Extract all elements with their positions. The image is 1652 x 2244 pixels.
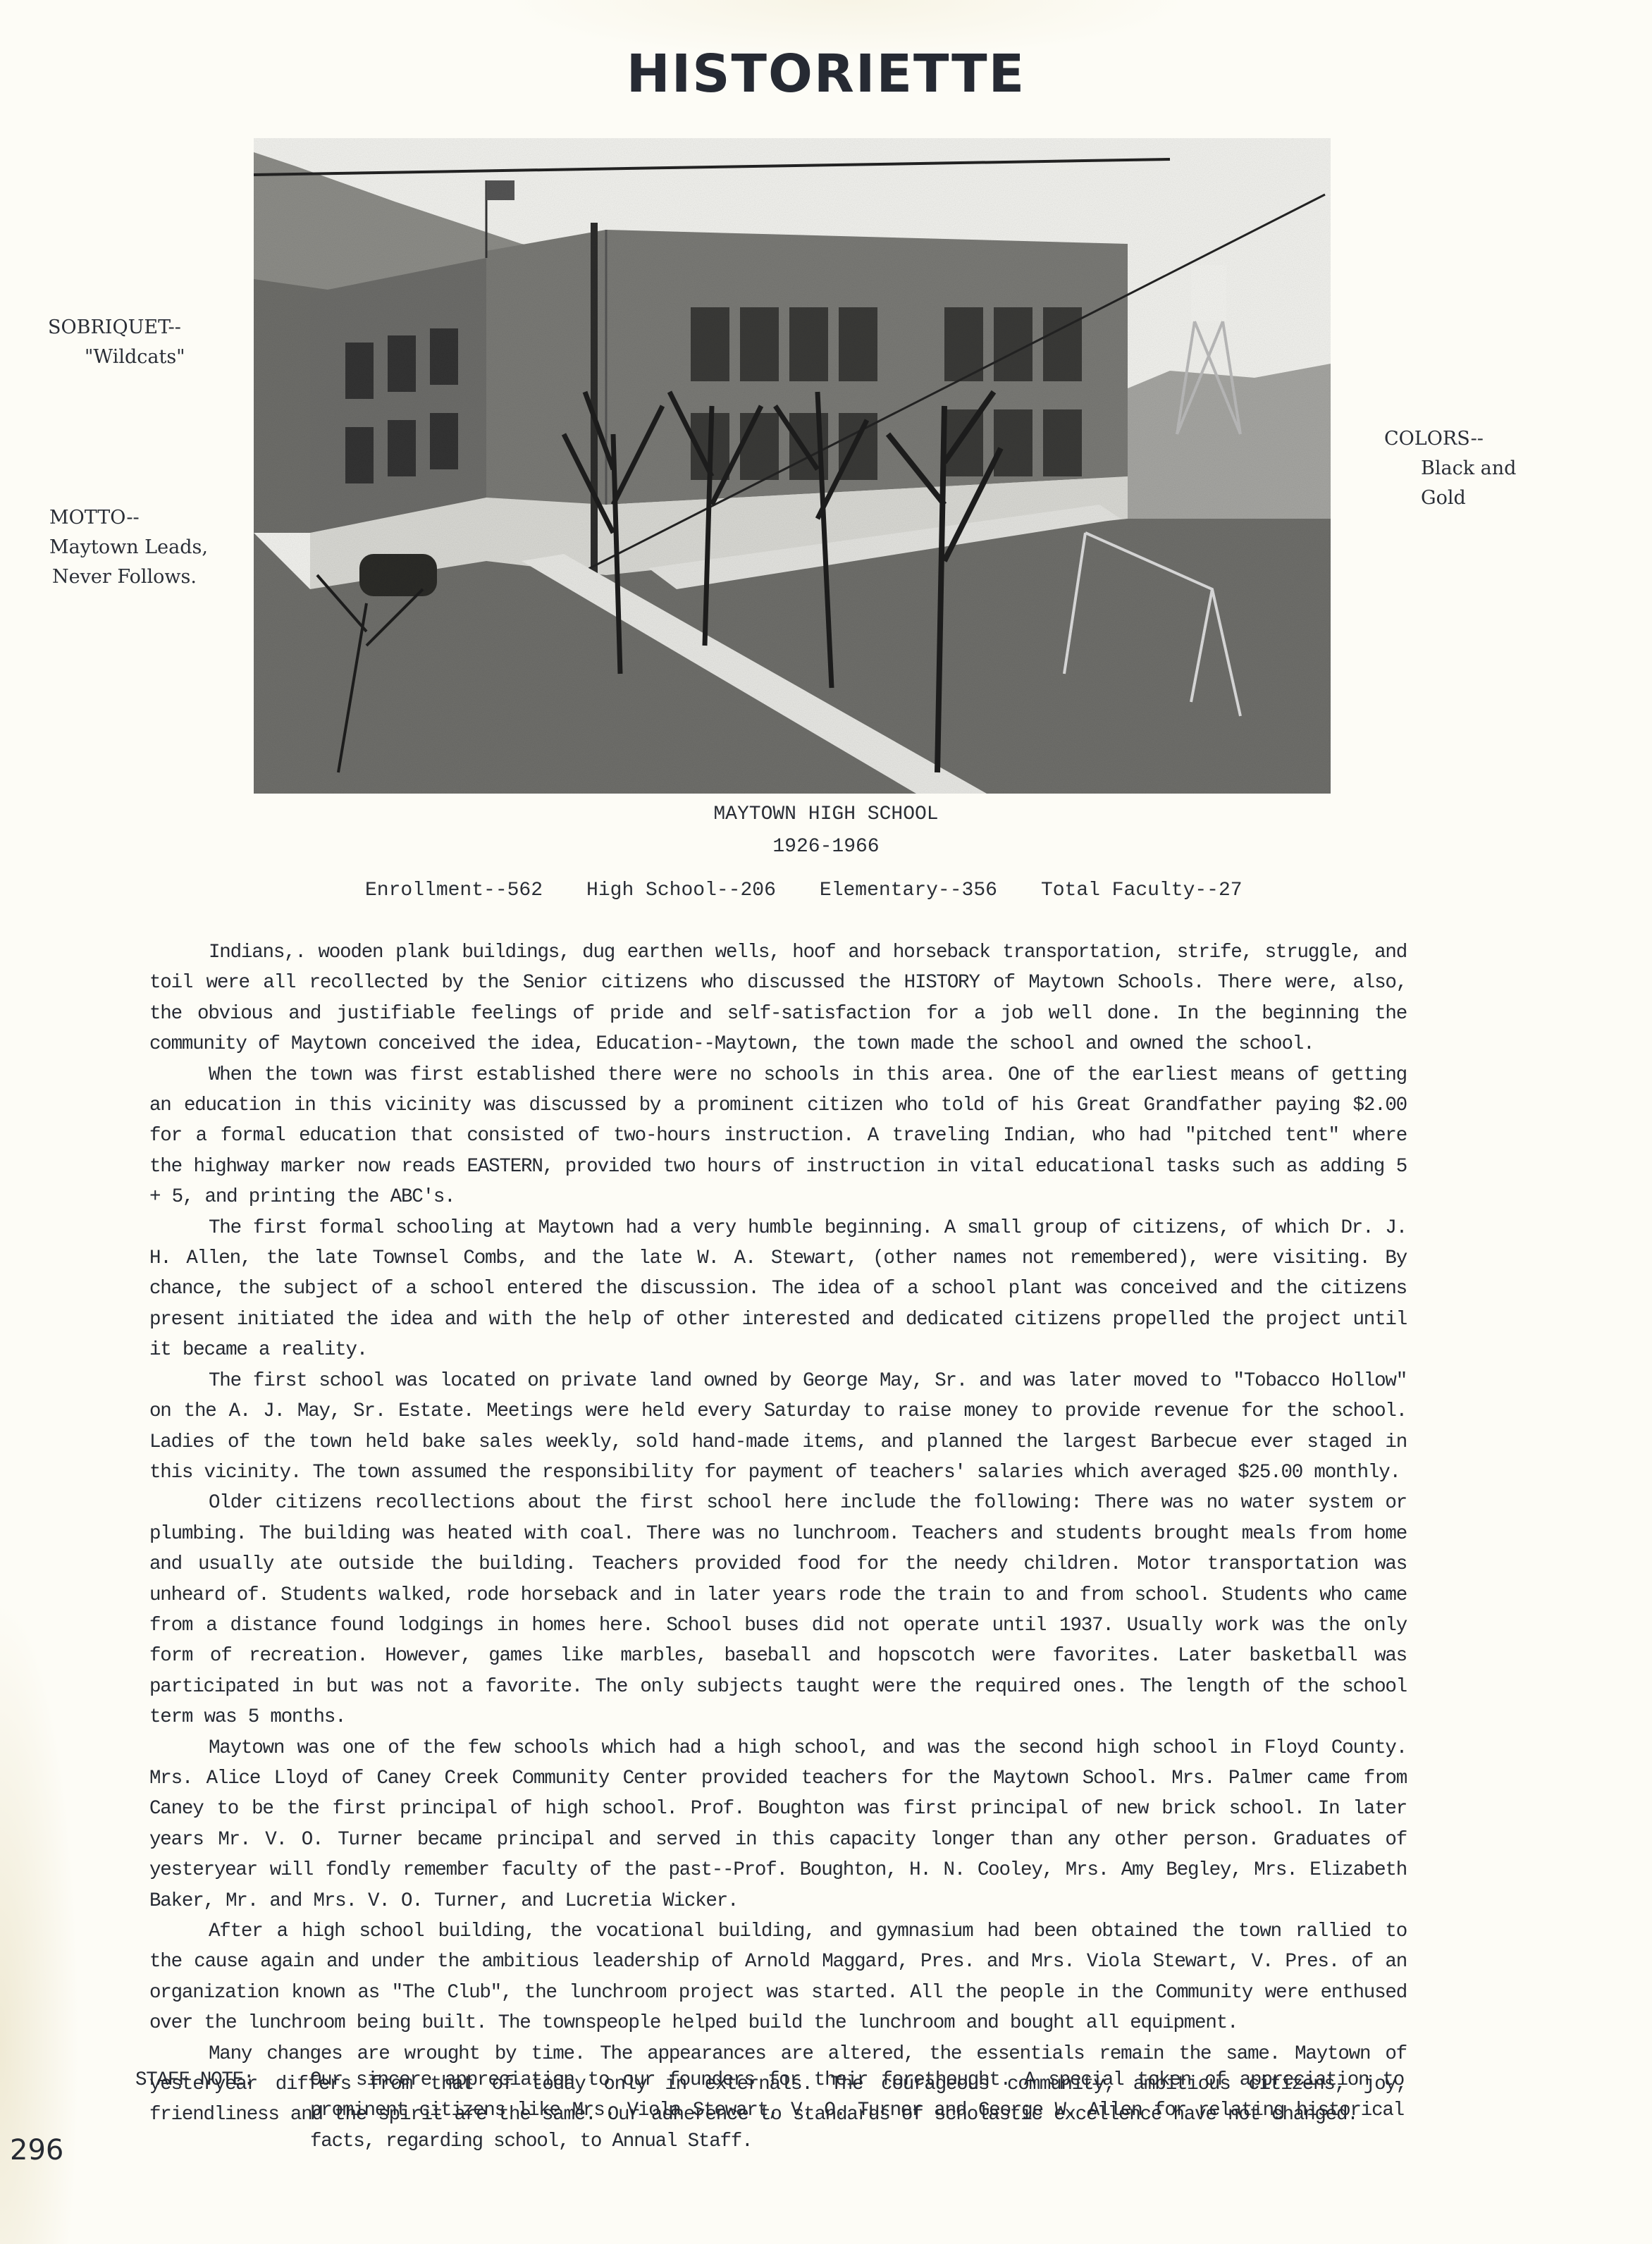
colors-block: COLORS-- Black and Gold: [1384, 424, 1516, 513]
article-paragraph: The first formal schooling at Maytown ha…: [149, 1213, 1407, 1366]
page-number: 296: [10, 2134, 63, 2166]
article-paragraph: Indians,. wooden plank buildings, dug ea…: [149, 937, 1407, 1060]
school-photo-illustration: [254, 138, 1331, 794]
photo-caption-title: MAYTOWN HIGH SCHOOL: [0, 803, 1652, 825]
stat-total-faculty: Total Faculty--27: [1041, 880, 1243, 901]
motto-block: MOTTO-- Maytown Leads, Never Follows.: [49, 503, 208, 592]
staff-note-text: Our sincere appreciation to our founders…: [310, 2065, 1404, 2157]
colors-line: Black and: [1384, 454, 1516, 483]
article-paragraph: The first school was located on private …: [149, 1366, 1407, 1488]
page-title: HISTORIETTE: [0, 44, 1652, 104]
article-paragraph: When the town was first established ther…: [149, 1060, 1407, 1213]
school-stats: Enrollment--562 High School--206 Element…: [365, 880, 1243, 901]
sobriquet-block: SOBRIQUET-- "Wildcats": [48, 313, 185, 372]
sobriquet-label: SOBRIQUET--: [48, 313, 185, 343]
stat-high-school: High School--206: [586, 880, 776, 901]
stat-enrollment: Enrollment--562: [365, 880, 543, 901]
school-building-photo: [254, 138, 1331, 794]
staff-note: STAFF NOTE: Our sincere appreciation to …: [135, 2065, 1404, 2157]
article-paragraph: Older citizens recollections about the f…: [149, 1488, 1407, 1732]
motto-label: MOTTO--: [49, 503, 208, 533]
sobriquet-value: "Wildcats": [48, 343, 185, 372]
article-paragraph: After a high school building, the vocati…: [149, 1916, 1407, 2039]
motto-line: Maytown Leads,: [49, 533, 208, 562]
colors-label: COLORS--: [1384, 424, 1516, 454]
photo-caption-years: 1926-1966: [0, 836, 1652, 858]
article-paragraph: Maytown was one of the few schools which…: [149, 1733, 1407, 1916]
staff-note-label: STAFF NOTE:: [135, 2065, 310, 2157]
stat-elementary: Elementary--356: [820, 880, 997, 901]
history-article: Indians,. wooden plank buildings, dug ea…: [149, 937, 1407, 2131]
motto-line: Never Follows.: [49, 562, 208, 592]
colors-line: Gold: [1384, 483, 1516, 513]
